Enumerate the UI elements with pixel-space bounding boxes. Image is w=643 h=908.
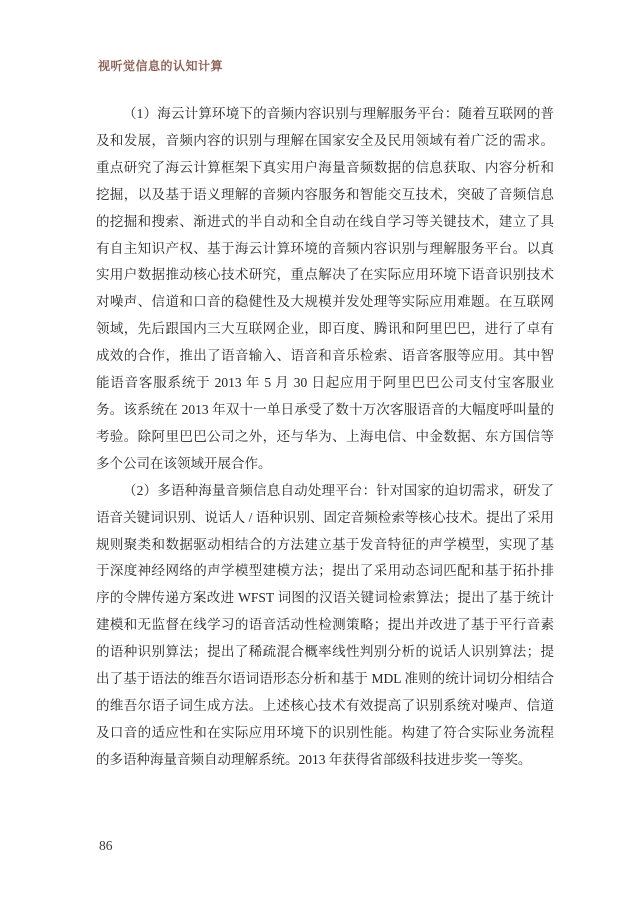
document-page: 视听觉信息的认知计算 （1）海云计算环境下的音频内容识别与理解服务平台：随着互联… [0,0,643,908]
running-header: 视听觉信息的认知计算 [98,57,223,74]
paragraph-1: （1）海云计算环境下的音频内容识别与理解服务平台：随着互联网的普及和发展，音频内… [96,101,554,478]
page-number: 86 [99,838,113,854]
paragraph-2: （2）多语种海量音频信息自动处理平台：针对国家的迫切需求，研发了语音关键词识别、… [96,478,554,774]
page-body: （1）海云计算环境下的音频内容识别与理解服务平台：随着互联网的普及和发展，音频内… [96,101,554,774]
